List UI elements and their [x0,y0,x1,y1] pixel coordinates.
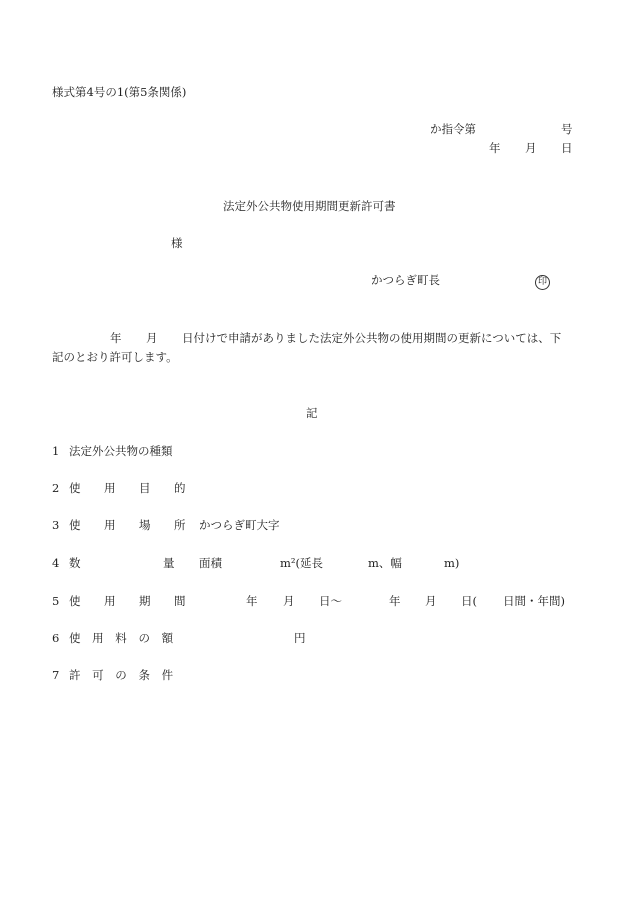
item-5-label: 使 用 期 間 [69,594,192,608]
item-6-label: 使 用 料 の 額 [69,631,177,645]
item-4-width-unit: m) [444,556,459,570]
document-title: 法定外公共物使用期間更新許可書 [223,199,396,213]
item-5-from-day: 日〜 [319,594,342,608]
form-id: 様式第4号の1(第5条関係) [52,85,186,99]
order-number-prefix: か指令第 [430,122,476,136]
date-day: 日 [561,141,573,155]
issuer-name: かつらぎ町長 [371,273,440,287]
item-4-label-a: 数 [69,556,81,570]
item-5-from-month: 月 [283,594,295,608]
item-5-to-month: 月 [425,594,437,608]
body-line1: 日付けで申請がありました法定外公共物の使用期間の更新については、下 [182,331,561,345]
item-4-area: 面積 [199,556,222,570]
addressee-suffix: 様 [171,236,183,250]
ki-heading: 記 [306,406,318,420]
item-1-label: 法定外公共物の種類 [69,444,173,458]
item-7-num: 7 [52,668,59,682]
seal-icon: 印 [535,273,550,290]
date-year: 年 [489,141,501,155]
item-3-label: 使 用 場 所 [69,518,192,532]
item-3-num: 3 [52,518,59,532]
item-5-to-year: 年 [389,594,401,608]
item-5-to-day: 日( [461,594,477,608]
body-month: 月 [146,331,158,345]
item-4-label-b: 量 [163,556,175,570]
item-6-unit: 円 [294,631,306,645]
seal-mark: 印 [535,275,550,290]
item-2-label: 使 用 目 的 [69,481,192,495]
item-5-duration: 日間・年間) [503,594,565,608]
item-4-area-unit: m²(延長 [280,556,323,570]
body-year: 年 [110,331,122,345]
item-2-num: 2 [52,481,59,495]
date-month: 月 [525,141,537,155]
item-5-num: 5 [52,594,59,608]
order-number-suffix: 号 [561,122,573,136]
item-4-length-unit: m、幅 [368,556,402,570]
item-7-label: 許 可 の 条 件 [69,668,177,682]
item-5-from-year: 年 [246,594,258,608]
item-3-value: かつらぎ町大字 [199,518,280,532]
item-6-num: 6 [52,631,59,645]
item-4-num: 4 [52,556,59,570]
body-line2: 記のとおり許可します。 [52,350,178,364]
item-1-num: 1 [52,444,59,458]
